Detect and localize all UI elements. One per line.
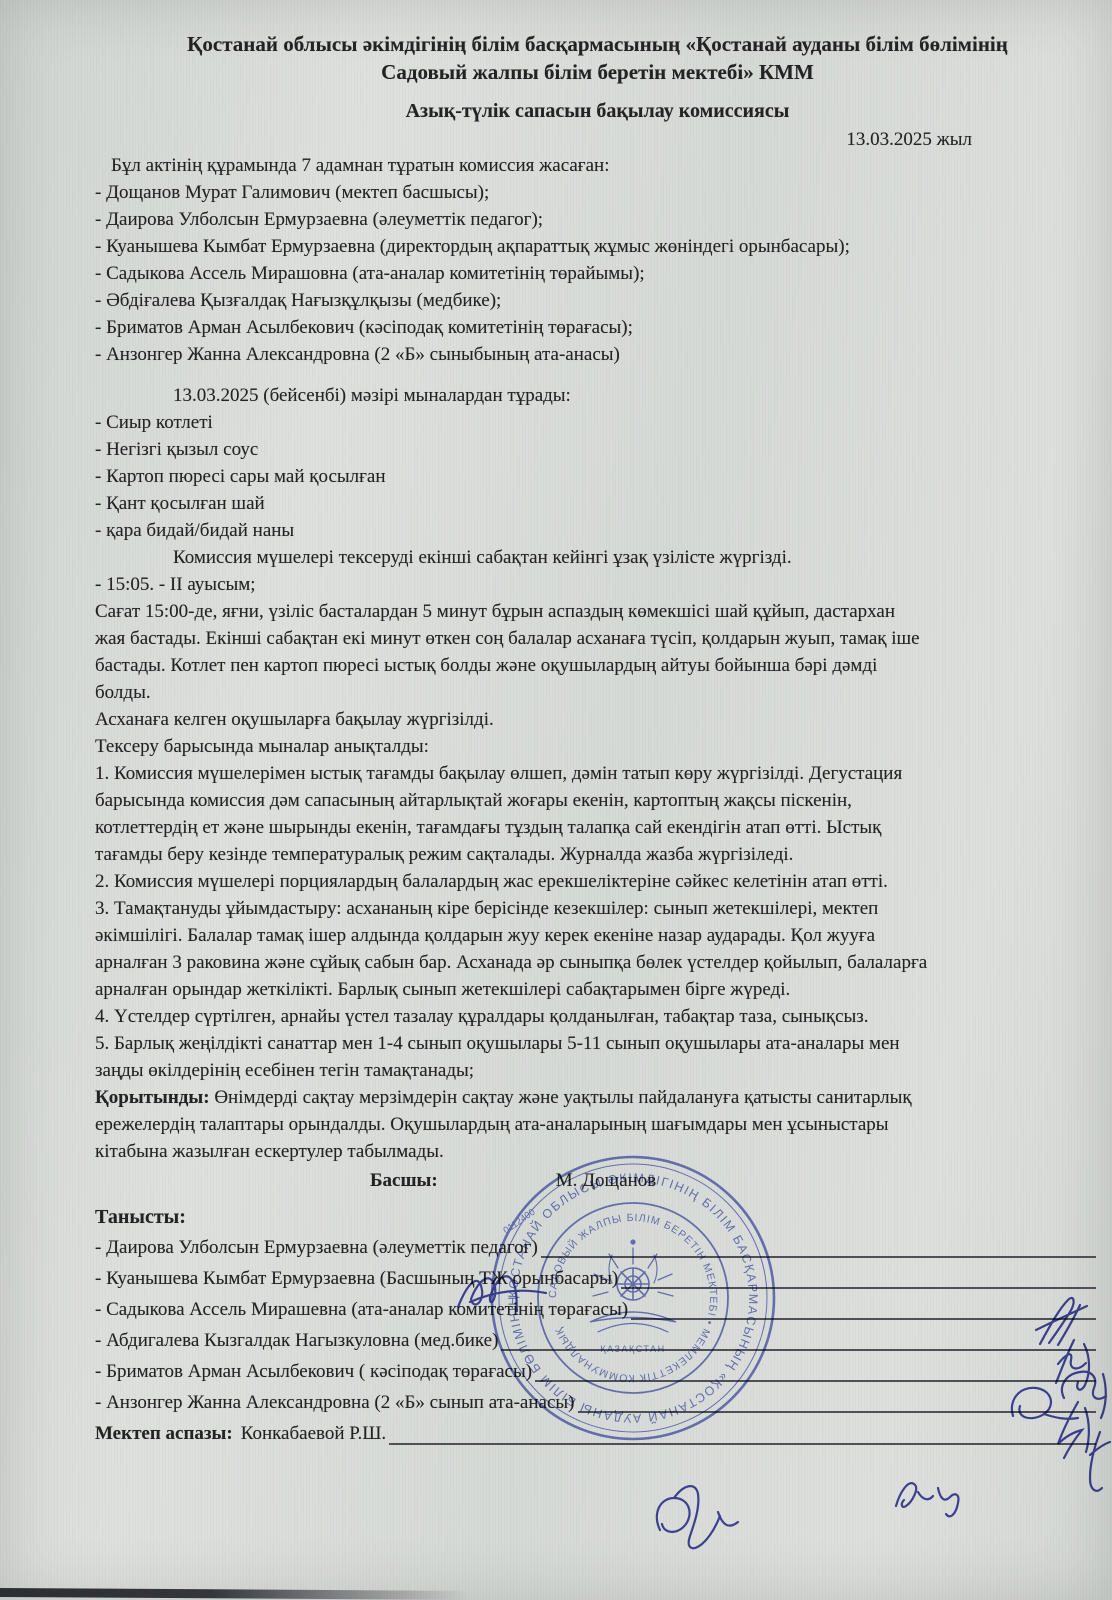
commission-title: Азық-түлік сапасын бақылау комиссиясы (95, 99, 1100, 124)
inspection-shift-line: - 15:05. - II ауысым; (95, 571, 1100, 598)
signature-line (501, 1349, 1096, 1351)
commission-member: - Дощанов Мурат Галимович (мектеп басшыс… (95, 179, 1100, 206)
commission-member: - Әбдіғалева Қызғалдақ Нағызқұлқызы (мед… (95, 287, 1100, 314)
cook-signature-row: Мектеп аспазы: Конкабаевой Р.Ш. (95, 1418, 1100, 1450)
menu-item: - Сиыр котлеті (95, 409, 1100, 436)
menu-item: - Картоп пюресі сары май қосылған (95, 463, 1100, 490)
acknowledged-name: - Садыкова Ассель Мирашевна (ата-аналар … (95, 1294, 628, 1325)
acknowledged-name: - Анзонгер Жанна Александровна (2 «Б» сы… (95, 1387, 575, 1418)
acknowledged-name: - Даирова Улболсын Ермурзаевна (әлеуметт… (95, 1232, 538, 1263)
commission-member: - Бриматов Арман Асылбекович (кәсіподақ … (95, 314, 1100, 341)
acknowledged-header: Танысты: (95, 1202, 1100, 1232)
menu-item: - Негізгі қызыл соус (95, 436, 1100, 463)
acknowledged-name: - Абдигалева Кызгалдак Нагызкуловна (мед… (95, 1325, 498, 1356)
signature-line (541, 1256, 1096, 1258)
conclusion-paragraph: Қорытынды: Өнімдерді сақтау мерзімдерін … (95, 1084, 1100, 1165)
commission-member: - Куанышева Кымбат Ермурзаевна (директор… (95, 233, 1100, 260)
scan-edge-shadow (0, 1588, 470, 1600)
menu-item: - қара бидай/бидай наны (95, 517, 1100, 544)
finding-item: 4. Үстелдер сүртілген, арнайы үстел таза… (95, 1003, 1100, 1030)
inspection-paragraph: Асханаға келген оқушыларға бақылау жүргі… (95, 706, 1100, 733)
finding-item: 5. Барлық жеңілдікті санаттар мен 1-4 сы… (95, 1030, 1100, 1084)
scanned-document-page: Қостанай облысы әкімдігінің білім басқар… (0, 0, 1112, 1600)
menu-item: - Қант қосылған шай (95, 490, 1100, 517)
head-signature-row: Басшы: М. Дощанов (95, 1167, 1100, 1194)
document-title: Қостанай облысы әкімдігінің білім басқар… (95, 30, 1100, 86)
menu-header: 13.03.2025 (бейсенбі) мәзірі мыналардан … (95, 382, 1100, 409)
head-name: М. Дощанов (556, 1167, 657, 1194)
acknowledged-name: - Куанышева Кымбат Ермурзаевна (Басшының… (95, 1263, 618, 1294)
signature-line (631, 1318, 1096, 1320)
commission-intro: Бұл актінің құрамында 7 адамнан тұратын … (95, 152, 1100, 179)
conclusion-label: Қорытынды: (95, 1087, 210, 1108)
cook-label: Мектеп аспазы: (95, 1418, 233, 1450)
acknowledged-row: - Куанышева Кымбат Ермурзаевна (Басшының… (95, 1263, 1100, 1294)
acknowledged-name: - Бриматов Арман Асылбекович ( кәсіподақ… (95, 1356, 532, 1387)
finding-item: 1. Комиссия мүшелерімен ыстық тағамды ба… (95, 760, 1100, 868)
signature-cook-icon (657, 1486, 738, 1548)
document-content: Қостанай облысы әкімдігінің білім басқар… (95, 30, 1100, 1450)
findings-header: Тексеру барысында мыналар анықталды: (95, 733, 1100, 760)
head-label: Басшы: (370, 1167, 438, 1194)
inspection-paragraph: Комиссия мүшелері тексеруді екінші сабақ… (95, 544, 1100, 571)
signature-anzonger-icon (896, 1483, 958, 1516)
cook-name: Конкабаевой Р.Ш. (241, 1418, 386, 1450)
inspection-paragraph: Сағат 15:00-де, яғни, үзіліс басталардан… (95, 598, 1100, 706)
acknowledged-row: - Садыкова Ассель Мирашевна (ата-аналар … (95, 1294, 1100, 1325)
conclusion-text: Өнімдерді сақтау мерзімдерін сақтау және… (95, 1087, 912, 1162)
signature-line (578, 1411, 1097, 1413)
commission-member: - Даирова Улболсын Ермурзаевна (әлеуметт… (95, 206, 1100, 233)
acknowledged-row: - Бриматов Арман Асылбекович ( кәсіподақ… (95, 1356, 1100, 1387)
signature-line (621, 1287, 1096, 1289)
commission-member: - Садыкова Ассель Мирашовна (ата-аналар … (95, 260, 1100, 287)
acknowledged-row: - Анзонгер Жанна Александровна (2 «Б» сы… (95, 1387, 1100, 1418)
finding-item: 2. Комиссия мүшелері порциялардың балала… (95, 868, 1100, 895)
commission-member: - Анзонгер Жанна Александровна (2 «Б» сы… (95, 341, 1100, 368)
signature-line (535, 1380, 1096, 1382)
acknowledged-row: - Даирова Улболсын Ермурзаевна (әлеуметт… (95, 1232, 1100, 1263)
finding-item: 3. Тамақтануды ұйымдастыру: асхананың кі… (95, 895, 1100, 1003)
signature-line (389, 1443, 1096, 1445)
acknowledged-row: - Абдигалева Кызгалдак Нагызкуловна (мед… (95, 1325, 1100, 1356)
document-date: 13.03.2025 жыл (95, 127, 1100, 152)
